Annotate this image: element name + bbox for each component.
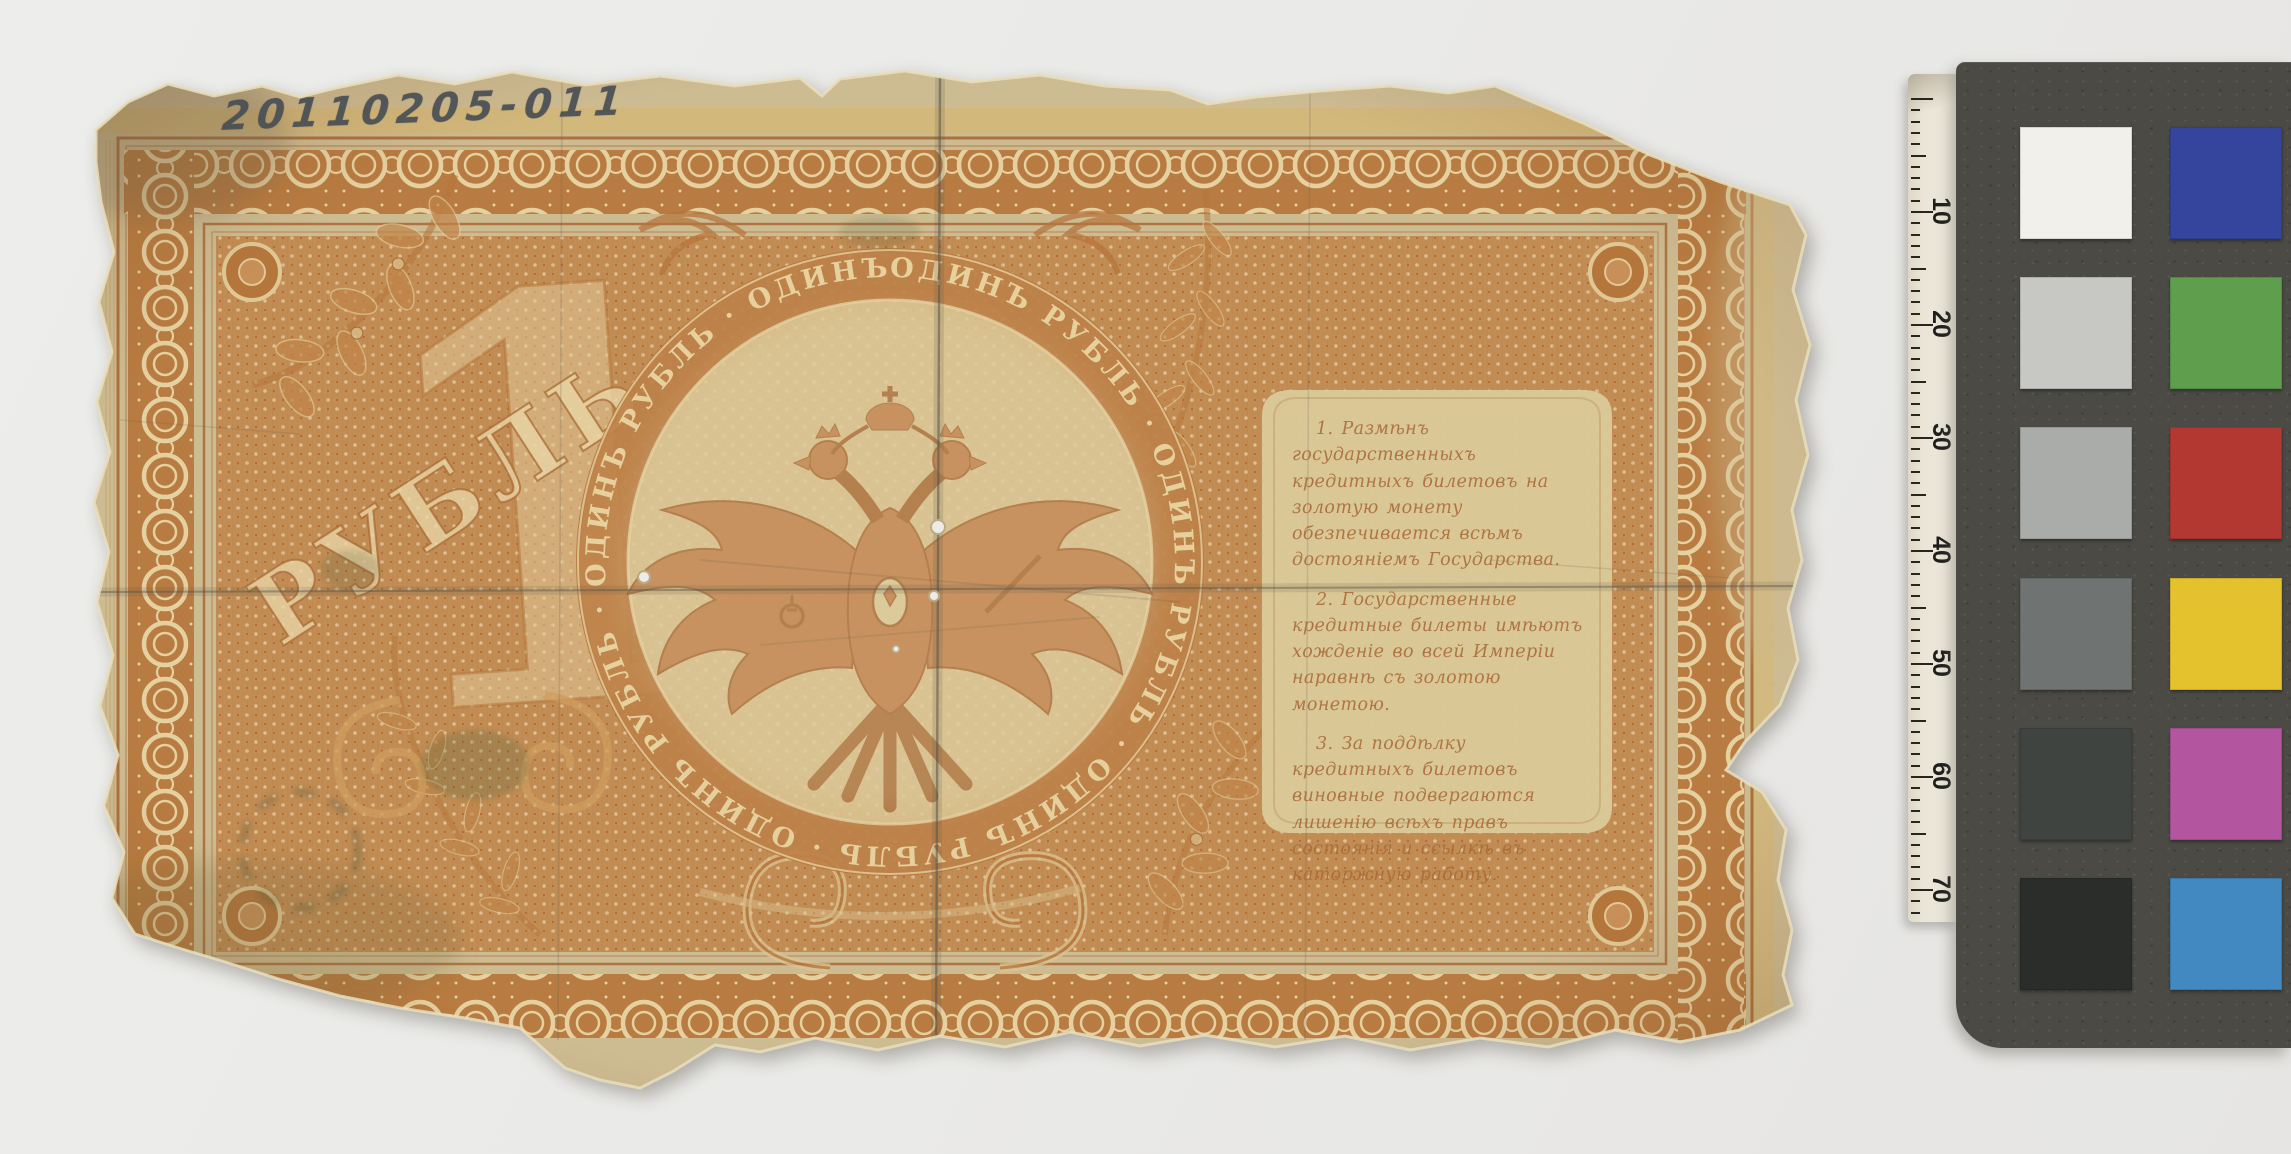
- patch-blue: [2170, 127, 2282, 239]
- ruler-tick: [1911, 686, 1920, 688]
- ruler-tick: [1911, 527, 1920, 529]
- ruler-tick: [1911, 109, 1920, 111]
- ruler-tick: [1911, 810, 1920, 812]
- ruler-tick: [1911, 753, 1920, 755]
- ruler-tick: [1911, 268, 1926, 270]
- ruler-tick: [1911, 516, 1920, 518]
- regulation-clause-1: 1. Размѣнъ государственныхъ кредитныхъ б…: [1292, 416, 1584, 574]
- ruler-tick: [1911, 799, 1920, 801]
- ruler-tick: [1911, 742, 1920, 744]
- ruler-tick: [1911, 392, 1920, 394]
- ruler-tick: [1911, 912, 1920, 914]
- ruler-tick: [1911, 561, 1920, 563]
- regulation-clause-2: 2. Государственные кредитные билеты имѣю…: [1292, 587, 1584, 718]
- ruler-tick: [1911, 866, 1920, 868]
- ruler-tick: [1911, 132, 1920, 134]
- regulation-text-panel: 1. Размѣнъ государственныхъ кредитныхъ б…: [1268, 398, 1604, 830]
- ruler-tick: [1911, 234, 1920, 236]
- ruler-number-70: 70: [1924, 872, 1958, 906]
- ruler-tick: [1911, 494, 1926, 496]
- ruler-tick: [1911, 177, 1920, 179]
- ruler-number-30: 30: [1924, 420, 1958, 454]
- patch-red: [2170, 427, 2282, 539]
- ruler-tick: [1911, 652, 1920, 654]
- ruler-tick: [1911, 143, 1920, 145]
- calibration-card: [1956, 62, 2291, 1048]
- ruler-tick: [1911, 403, 1920, 405]
- ruler: 10203040506070: [1908, 74, 1958, 922]
- ruler-tick: [1911, 166, 1920, 168]
- ruler-tick: [1911, 900, 1920, 902]
- ruler-tick: [1911, 584, 1920, 586]
- ruler-tick: [1911, 607, 1926, 609]
- ink-stamp-smudge: [420, 730, 530, 800]
- ruler-tick: [1911, 188, 1920, 190]
- ruler-tick: [1911, 222, 1920, 224]
- ruler-tick: [1911, 878, 1920, 880]
- patch-green: [2170, 277, 2282, 389]
- ruler-tick: [1911, 821, 1920, 823]
- ruler-tick: [1911, 426, 1920, 428]
- ruler-tick: [1911, 787, 1920, 789]
- ruler-number-60: 60: [1924, 759, 1958, 793]
- ruler-tick: [1911, 414, 1920, 416]
- ruler-tick: [1911, 844, 1920, 846]
- patch-magenta: [2170, 728, 2282, 840]
- patch-cyan: [2170, 878, 2282, 990]
- ruler-number-50: 50: [1924, 646, 1958, 680]
- ruler-tick: [1911, 629, 1920, 631]
- ruler-tick: [1911, 708, 1920, 710]
- ruler-tick: [1911, 347, 1920, 349]
- patch-dark-gray: [2020, 728, 2132, 840]
- photo-scene: 1 РУБЛЬ ОДИНЪ РУБЛЬ · ОДИНЪ РУБЛЬ · ОДИН…: [0, 0, 2291, 1154]
- ruler-tick: [1911, 358, 1920, 360]
- ruler-tick: [1911, 335, 1920, 337]
- ruler-tick: [1911, 121, 1920, 123]
- regulation-clause-3: 3. За поддѣлку кредитныхъ билетовъ винов…: [1292, 731, 1584, 889]
- ruler-tick: [1911, 369, 1920, 371]
- ruler-tick: [1911, 471, 1920, 473]
- patch-mid-gray: [2020, 427, 2132, 539]
- ruler-number-10: 10: [1924, 194, 1958, 228]
- ruler-tick: [1911, 674, 1920, 676]
- ruler-tick: [1911, 290, 1920, 292]
- ruler-tick: [1911, 618, 1920, 620]
- ruler-tick: [1911, 301, 1920, 303]
- ruler-tick: [1911, 482, 1920, 484]
- ruler-tick: [1911, 697, 1920, 699]
- ruler-tick: [1911, 245, 1920, 247]
- ruler-tick: [1911, 200, 1920, 202]
- ruler-tick: [1911, 313, 1920, 315]
- ruler-tick: [1911, 595, 1920, 597]
- ruler-number-40: 40: [1924, 533, 1958, 567]
- ruler-tick: [1911, 256, 1920, 258]
- ruler-tick: [1911, 539, 1920, 541]
- patch-black: [2020, 878, 2132, 990]
- ruler-tick: [1911, 720, 1926, 722]
- ruler-tick: [1911, 448, 1920, 450]
- ruler-tick: [1911, 155, 1926, 157]
- ruler-tick: [1911, 460, 1920, 462]
- ruler-tick: [1911, 279, 1920, 281]
- ruler-tick: [1911, 640, 1920, 642]
- ruler-tick: [1911, 855, 1920, 857]
- patch-yellow: [2170, 578, 2282, 690]
- ruler-number-20: 20: [1924, 307, 1958, 341]
- ruler-tick: [1911, 573, 1920, 575]
- ruler-tick: [1911, 381, 1926, 383]
- ruler-tick: [1911, 765, 1920, 767]
- patch-dark-mid-gray: [2020, 578, 2132, 690]
- patch-white: [2020, 127, 2132, 239]
- ruler-tick: [1911, 731, 1920, 733]
- ruler-tick: [1911, 505, 1920, 507]
- patch-light-gray: [2020, 277, 2132, 389]
- ruler-tick: [1911, 98, 1933, 100]
- ruler-tick: [1911, 833, 1926, 835]
